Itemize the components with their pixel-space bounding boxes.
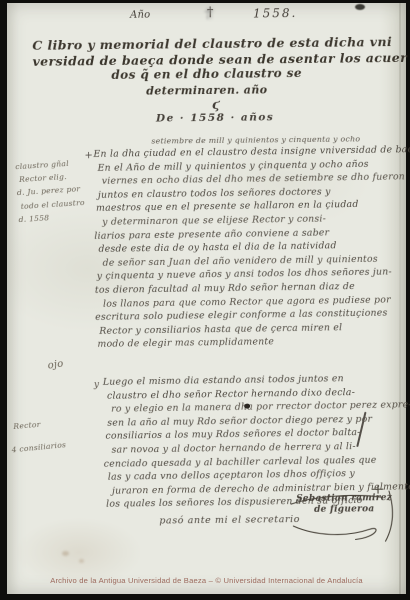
- year-number: 1558.: [253, 6, 298, 20]
- year-header: Año † 1558.: [4, 1, 403, 5]
- paragraph-1-lines: En la dha çiudad en el claustro desta in…: [93, 144, 395, 351]
- margin-note-claustro: claustro gñalRector elig.d. Ju. perez po…: [15, 155, 103, 226]
- margin-ojo-mark: ojo: [47, 358, 64, 371]
- flourish-mark: ϛ: [212, 98, 220, 113]
- manuscript-content: Año † 1558. C libro y memorial del claus…: [4, 1, 409, 596]
- paragraph-mark: y: [94, 380, 99, 390]
- rubric-underloop: [293, 525, 376, 540]
- archive-caption: Archivo de la Antigua Universidad de Bae…: [7, 576, 406, 585]
- manuscript-title: C libro y memorial del claustro de esta …: [32, 34, 381, 100]
- margin-note-rector: Rector: [13, 420, 41, 431]
- year-word: Año: [130, 10, 151, 21]
- archival-photo-frame: Año † 1558. C libro y memorial del claus…: [0, 0, 410, 600]
- body-paragraph-1: setiembre de mill y quinientos y cinquen…: [93, 133, 395, 351]
- rubric-stroke: [291, 495, 381, 504]
- manuscript-line: modo de elegir mas cumplidamente: [97, 334, 395, 352]
- cross-icon: †: [207, 5, 214, 20]
- rubric-cross: [373, 485, 383, 493]
- ink-blot: [244, 404, 250, 409]
- signature-block: Sebastian ramirez de figueroa: [289, 493, 399, 516]
- signature-rubric: [285, 485, 404, 548]
- title-line: determinaren. año: [33, 81, 381, 100]
- rubric-downstroke: [385, 491, 393, 541]
- margin-note-consiliarios: 4 consiliarios: [11, 440, 66, 454]
- year-subheading: De · 1558 · años: [125, 111, 305, 125]
- manuscript-page: Año † 1558. C libro y memorial del claus…: [7, 3, 406, 594]
- notary-closing: pasó ante mi el secretario: [159, 514, 300, 526]
